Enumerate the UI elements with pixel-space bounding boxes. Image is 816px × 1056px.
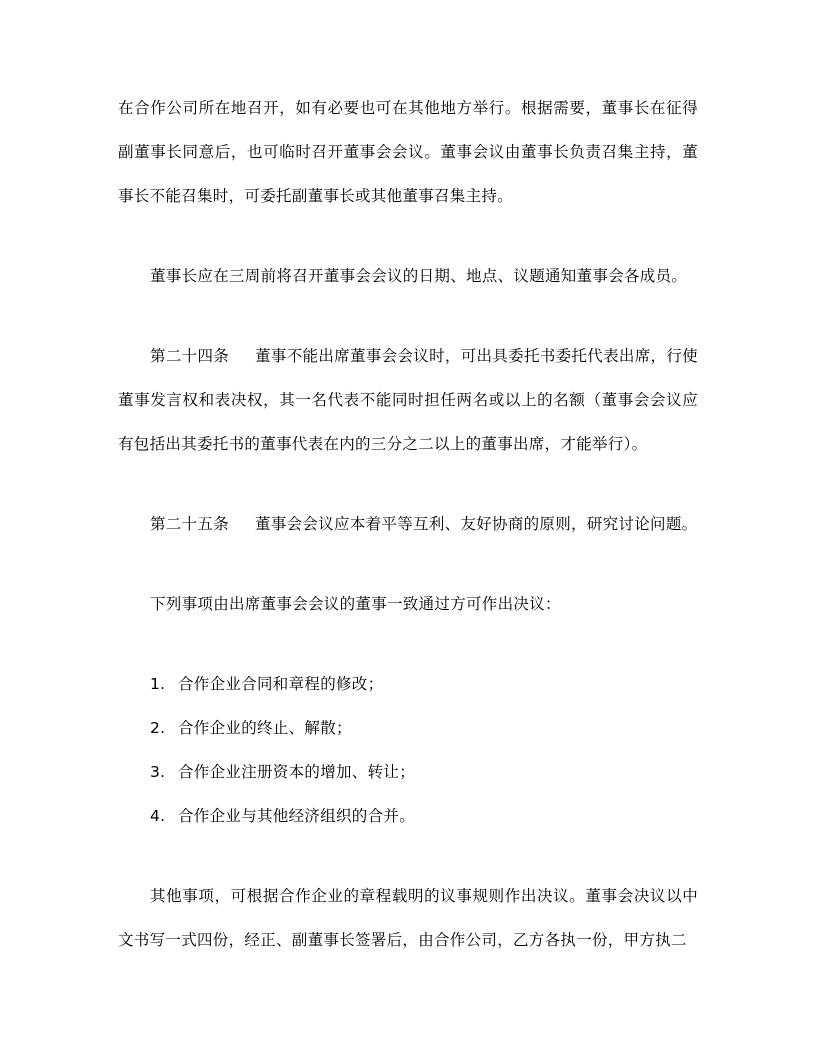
paragraph-clause-25: 第二十五条董事会会议应本着平等互利、友好协商的原则，研究讨论问题。 [118, 502, 698, 546]
list-item: 3.合作企业注册资本的增加、转让； [118, 750, 698, 794]
document-body: 在合作公司所在地召开，如有必要也可在其他地方举行。根据需要，董事长在征得副董事长… [118, 86, 698, 962]
clause-25-text: 董事会会议应本着平等互利、友好协商的原则，研究讨论问题。 [255, 515, 697, 533]
list-item-text: 合作企业合同和章程的修改； [178, 675, 383, 693]
list-item-marker: 3. [150, 750, 178, 794]
paragraph-clause-24: 第二十四条董事不能出席董事会会议时，可出具委托书委托代表出席，行使董事发言权和表… [118, 334, 698, 466]
list-item-marker: 2. [150, 706, 178, 750]
clause-25-number: 第二十五条 [150, 515, 229, 533]
list-item: 4.合作企业与其他经济组织的合并。 [118, 794, 698, 838]
paragraph-list-intro: 下列事项由出席董事会会议的董事一致通过方可作出决议： [118, 582, 698, 626]
list-item-text: 合作企业与其他经济组织的合并。 [178, 807, 415, 825]
decision-list: 1.合作企业合同和章程的修改； 2.合作企业的终止、解散； 3.合作企业注册资本… [118, 662, 698, 838]
document-page: 在合作公司所在地召开，如有必要也可在其他地方举行。根据需要，董事长在征得副董事长… [0, 0, 816, 1056]
list-item-marker: 1. [150, 662, 178, 706]
list-item-text: 合作企业的终止、解散； [178, 719, 352, 737]
paragraph-closing: 其他事项，可根据合作企业的章程载明的议事规则作出决议。董事会决议以中文书写一式四… [118, 874, 698, 962]
clause-24-number: 第二十四条 [150, 347, 229, 365]
list-item-marker: 4. [150, 794, 178, 838]
list-item-text: 合作企业注册资本的增加、转让； [178, 763, 415, 781]
list-item: 1.合作企业合同和章程的修改； [118, 662, 698, 706]
paragraph-meeting-notice: 董事长应在三周前将召开董事会会议的日期、地点、议题通知董事会各成员。 [118, 254, 698, 298]
paragraph-meeting-location: 在合作公司所在地召开，如有必要也可在其他地方举行。根据需要，董事长在征得副董事长… [118, 86, 698, 218]
list-item: 2.合作企业的终止、解散； [118, 706, 698, 750]
